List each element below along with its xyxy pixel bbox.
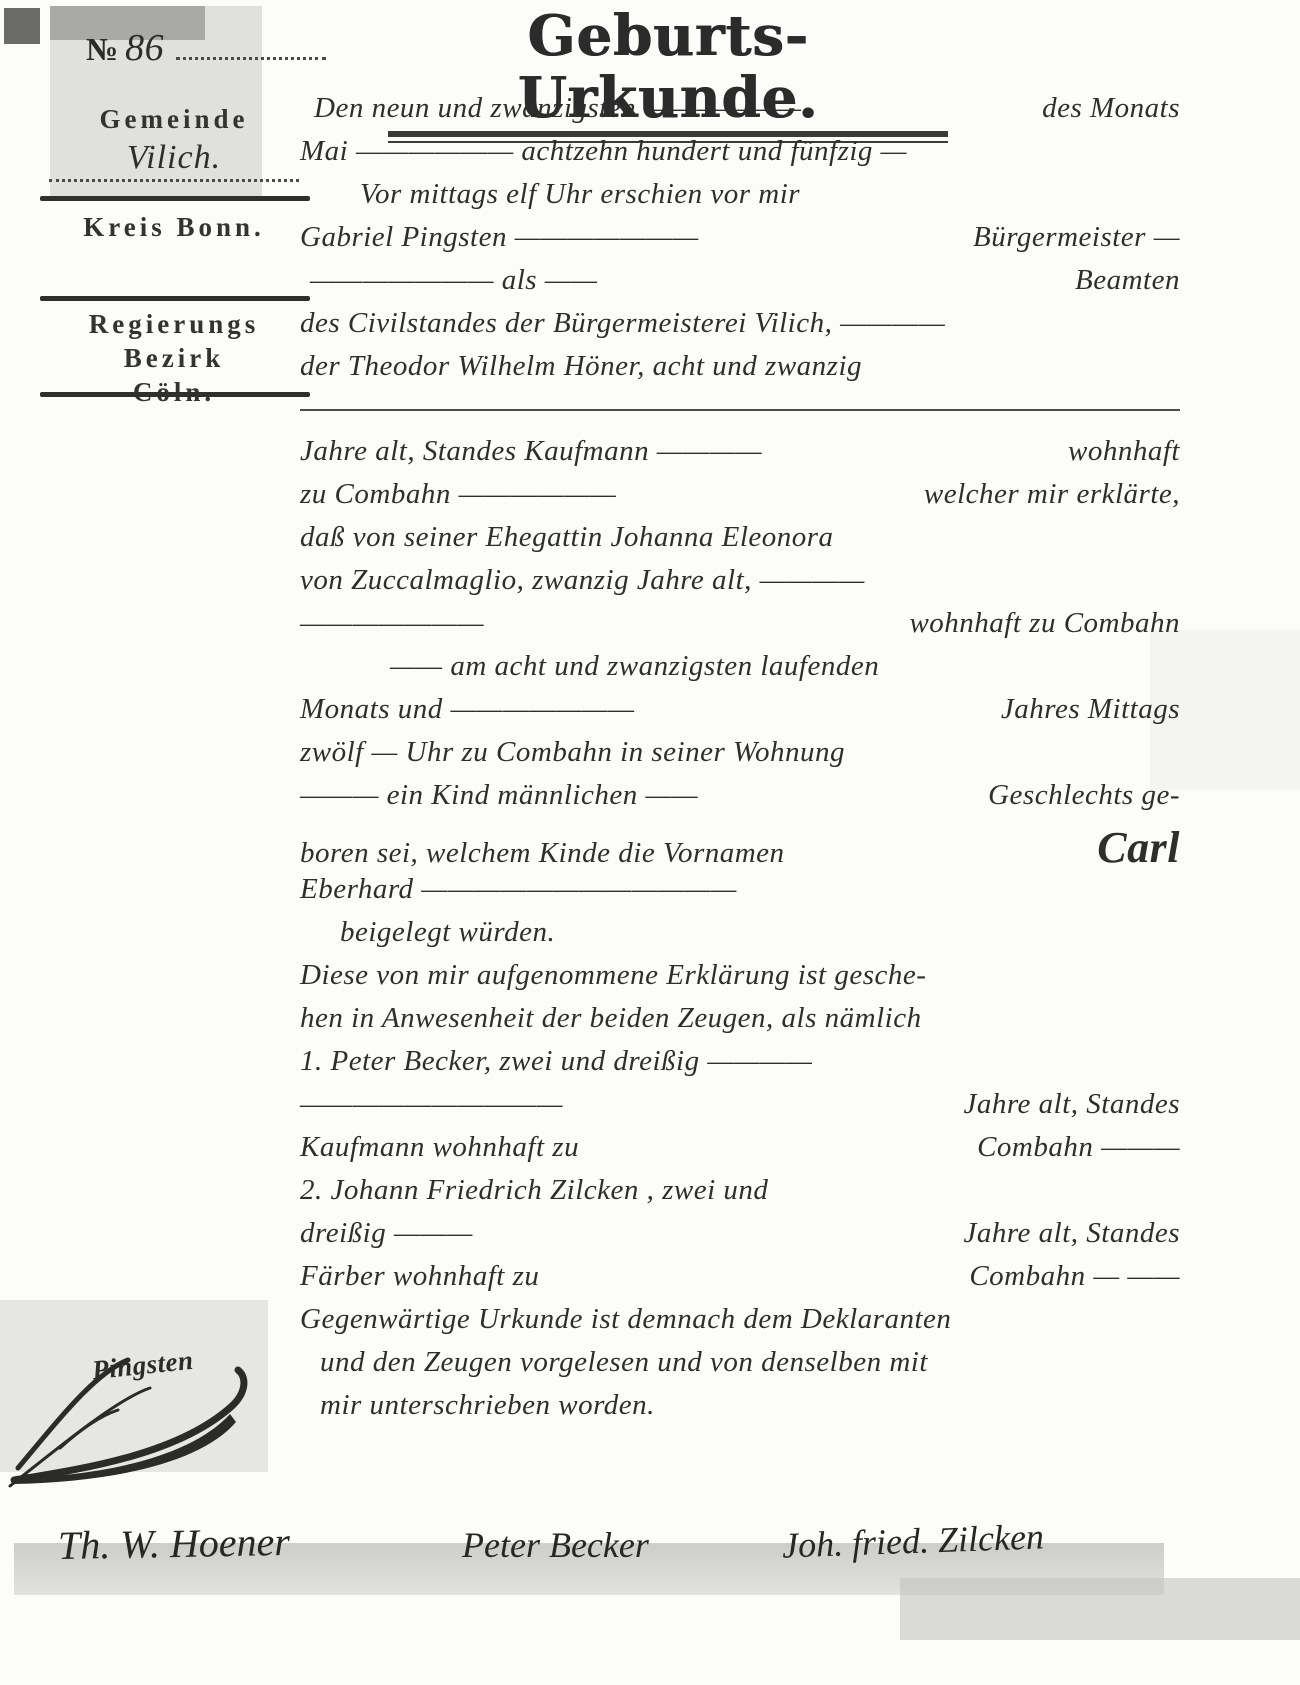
certificate-number: № 86 [86,26,326,70]
line-text-left: Färber wohnhaft zu [300,1260,539,1293]
bezirk-label: Regierungs Bezirk [36,308,312,376]
document-line: Kaufmann wohnhaft zu Combahn ——— [300,1131,1180,1174]
line-text-left: beigelegt würden. [340,916,555,949]
line-text-right: wohnhaft [1068,435,1180,468]
margin-rule [40,296,310,301]
document-line: Monats und ——————— Jahres Mittags [300,693,1180,736]
line-text-left: Gabriel Pingsten ——————— [300,221,699,254]
document-line: ——— ein Kind männlichen —— Geschlechts g… [300,779,1180,822]
line-text-left: Kaufmann wohnhaft zu [300,1131,579,1164]
document-line: Mai —————— achtzehn hundert und fünfzig … [300,135,1180,178]
line-text-right: Bürgermeister — [973,221,1180,254]
line-text-right: Geschlechts ge- [988,779,1180,812]
document-line: Färber wohnhaft zu Combahn — —— [300,1260,1180,1303]
document-line: dreißig ——— Jahre alt, Standes [300,1217,1180,1260]
certificate-number-value: 86 [125,27,164,69]
dotted-leader [176,57,326,60]
line-text-left: Vor mittags elf Uhr erschien vor mir [360,178,800,211]
document-line: beigelegt würden. [300,916,1180,959]
line-text-right: Beamten [1075,264,1180,297]
line-text-left: Den neun und zwanzigsten —————— [314,92,802,125]
line-text-left: daß von seiner Ehegattin Johanna Eleonor… [300,521,834,554]
document-line: Diese von mir aufgenommene Erklärung ist… [300,959,1180,1002]
document-line: —— am acht und zwanzigsten laufenden [300,650,1180,693]
line-text-left: —————————— [300,1088,563,1121]
line-text-right: Carl [1097,822,1180,873]
number-sign: № [86,31,119,67]
line-text-left: ——————— als —— [310,264,597,297]
document-line: zwölf — Uhr zu Combahn in seiner Wohnung [300,736,1180,779]
document-line: zu Combahn —————— welcher mir erklärte, [300,478,1180,521]
line-text-left: zwölf — Uhr zu Combahn in seiner Wohnung [300,736,845,769]
signature-official: Th. W. Hoener [58,1518,291,1569]
line-text-left: dreißig ——— [300,1217,473,1250]
document-line: Vor mittags elf Uhr erschien vor mir [300,178,1180,221]
document-line: des Civilstandes der Bürgermeisterei Vil… [300,307,1180,350]
margin-gemeinde: Gemeinde Vilich. [36,104,312,182]
kreis-label: Kreis Bonn. [36,212,312,243]
line-text-left: Monats und ——————— [300,693,635,726]
document-line: Gegenwärtige Urkunde ist demnach dem Dek… [300,1303,1180,1346]
scan-artifact-corner [4,8,40,44]
line-text-left: mir unterschrieben worden. [320,1389,655,1422]
margin-kreis: Kreis Bonn. [36,212,312,243]
line-text-left: und den Zeugen vorgelesen und von densel… [320,1346,928,1379]
document-line: 2. Johann Friedrich Zilcken , zwei und [300,1174,1180,1217]
line-text-left: —— am acht und zwanzigsten laufenden [390,650,879,683]
line-text-left: von Zuccalmaglio, zwanzig Jahre alt, ———… [300,564,865,597]
line-text-left: boren sei, welchem Kinde die Vornamen [300,837,785,870]
document-line: und den Zeugen vorgelesen und von densel… [300,1346,1180,1389]
birth-certificate-scan: № 86 Geburts-Urkunde. Gemeinde Vilich. K… [0,0,1300,1685]
official-paraph: Pingsten [0,1318,330,1518]
gemeinde-value: Vilich. [49,139,299,182]
document-line: Eberhard ———————————— [300,873,1180,916]
line-text-left: Jahre alt, Standes Kaufmann ———— [300,435,762,468]
line-text-left: zu Combahn —————— [300,478,616,511]
line-text-left: Mai —————— achtzehn hundert und fünfzig … [300,135,907,168]
margin-rule [40,196,310,201]
document-line: —————————— Jahre alt, Standes [300,1088,1180,1131]
line-text-left: 1. Peter Becker, zwei und dreißig ———— [300,1045,812,1078]
line-text-right: Jahre alt, Standes [963,1088,1180,1121]
line-text-left: Diese von mir aufgenommene Erklärung ist… [300,959,926,992]
document-line: ——————— als —— Beamten [300,264,1180,307]
line-text-right: Jahre alt, Standes [963,1217,1180,1250]
line-text-right: Combahn ——— [977,1131,1180,1164]
document-line: boren sei, welchem Kinde die Vornamen Ca… [300,822,1180,873]
line-text-left: hen in Anwesenheit der beiden Zeugen, al… [300,1002,922,1035]
document-body: Den neun und zwanzigsten —————— des Mona… [300,92,1180,1432]
line-text-left: 2. Johann Friedrich Zilcken , zwei und [300,1174,768,1207]
document-line: Den neun und zwanzigsten —————— des Mona… [300,92,1180,135]
document-line: Jahre alt, Standes Kaufmann ———— wohnhaf… [300,435,1180,478]
line-text-left: des Civilstandes der Bürgermeisterei Vil… [300,307,945,340]
document-line: der Theodor Wilhelm Höner, acht und zwan… [300,350,1180,393]
document-line: daß von seiner Ehegattin Johanna Eleonor… [300,521,1180,564]
gemeinde-label: Gemeinde [36,104,312,135]
signature-witness-1: Peter Becker [462,1524,649,1566]
line-text-left: Gegenwärtige Urkunde ist demnach dem Dek… [300,1303,951,1336]
line-text-right: des Monats [1042,92,1180,125]
line-text-right: Jahres Mittags [1001,693,1180,726]
margin-rule [40,392,310,397]
line-text-left: ——————— [300,607,484,640]
line-text-left: Eberhard ———————————— [300,873,737,906]
line-text-right: wohnhaft zu Combahn [909,607,1180,640]
document-line: von Zuccalmaglio, zwanzig Jahre alt, ———… [300,564,1180,607]
document-line: 1. Peter Becker, zwei und dreißig ———— [300,1045,1180,1088]
document-line: ——————— wohnhaft zu Combahn [300,607,1180,650]
document-line: hen in Anwesenheit der beiden Zeugen, al… [300,1002,1180,1045]
line-text-left: der Theodor Wilhelm Höner, acht und zwan… [300,350,862,383]
document-line: mir unterschrieben worden. [300,1389,1180,1432]
line-text-right: Combahn — —— [969,1260,1180,1293]
document-line [300,409,1180,435]
line-text-left: ——— ein Kind männlichen —— [300,779,698,812]
line-text-right: welcher mir erklärte, [924,478,1180,511]
scan-artifact-signature-band-2 [900,1578,1300,1640]
document-line: Gabriel Pingsten ——————— Bürgermeister — [300,221,1180,264]
